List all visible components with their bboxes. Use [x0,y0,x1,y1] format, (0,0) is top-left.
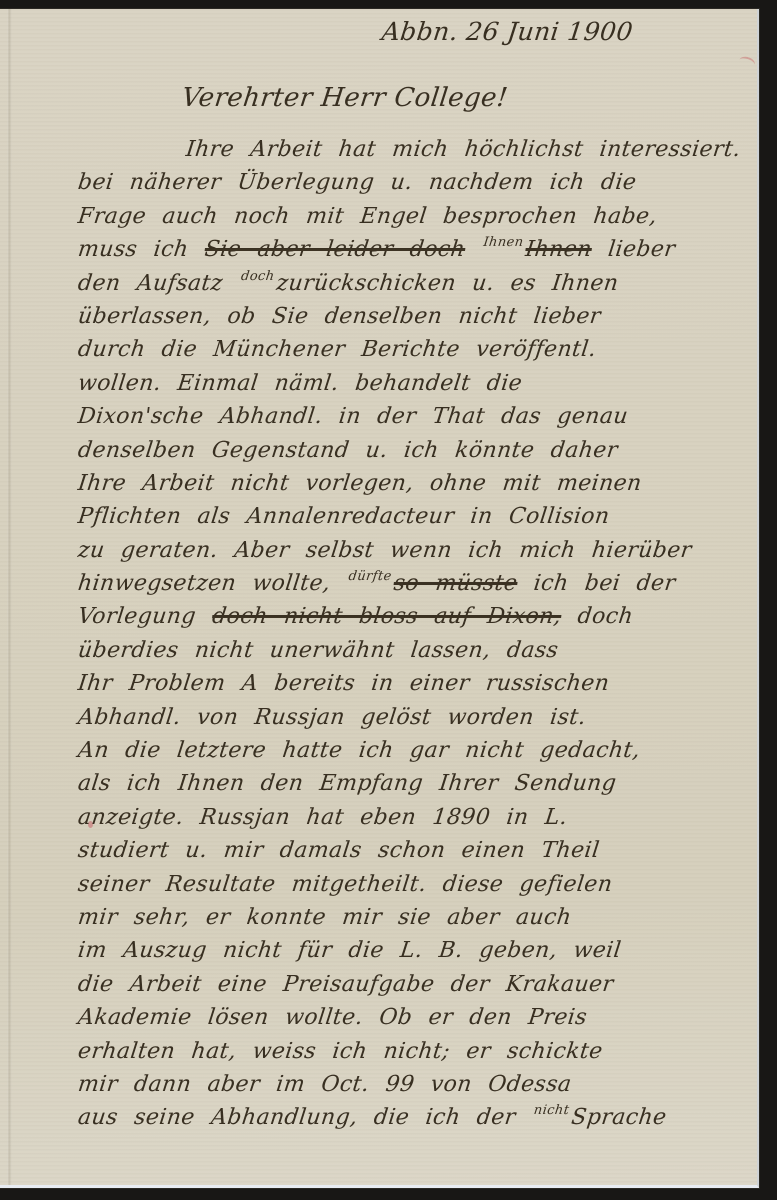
handwritten-text: im Auszug nicht für die L. B. geben, wei… [77,938,623,963]
handwritten-text: durch die Münchener Berichte veröffentl. [77,337,598,362]
handwritten-line: Dixon'sche Abhandl. in der That das gena… [76,400,743,433]
handwritten-text: die Arbeit eine Preisaufgabe der Krakaue… [77,972,615,997]
handwritten-line: hinwegsetzen wollte, dürfteso müsste ich… [76,567,743,600]
handwritten-line: An die letztere hatte ich gar nicht geda… [76,734,743,767]
handwritten-text: wollen. Einmal näml. behandelt die [77,371,524,396]
struck-text: Ihnen [524,237,593,262]
handwritten-line: Ihr Problem A bereits in einer russische… [76,667,743,700]
handwritten-text: Pflichten als Annalenredacteur in Collis… [77,504,612,529]
scan-speck [738,55,757,70]
handwritten-text: Sprache [570,1105,668,1130]
struck-text: Sie aber leider doch [203,237,466,262]
handwritten-line: erhalten hat, weiss ich nicht; er schick… [76,1035,743,1068]
handwritten-line: seiner Resultate mitgetheilt. diese gefi… [76,868,743,901]
handwritten-text: Ihre Arbeit hat mich höchlichst interess… [185,137,743,162]
handwritten-text: Frage auch noch mit Engel besprochen hab… [77,204,659,229]
handwritten-line: studiert u. mir damals schon einen Theil [76,834,743,867]
handwritten-text: als ich Ihnen den Empfang Ihrer Sendung [77,771,618,796]
handwritten-text: An die letztere hatte ich gar nicht geda… [77,738,642,763]
letter-page: Abbn. 26 Juni 1900 Verehrter Herr Colleg… [0,9,759,1188]
struck-text: doch nicht bloss auf Dixon, [211,604,563,629]
handwritten-line: durch die Münchener Berichte veröffentl. [76,333,743,366]
handwritten-line: Ihre Arbeit hat mich höchlichst interess… [76,133,743,166]
handwritten-text: denselben Gegenstand u. ich könnte daher [77,438,620,463]
inserted-text: dürfte [348,572,392,582]
handwritten-line: Pflichten als Annalenredacteur in Collis… [76,500,743,533]
handwritten-line: überlassen, ob Sie denselben nicht liebe… [76,300,743,333]
handwritten-line: Abhandl. von Russjan gelöst worden ist. [76,701,743,734]
handwritten-line: Vorlegung doch nicht bloss auf Dixon, do… [76,600,743,633]
salutation: Verehrter Herr College! [180,83,509,113]
handwritten-line: überdies nicht unerwähnt lassen, dass [76,634,743,667]
handwritten-line: zu geraten. Aber selbst wenn ich mich hi… [76,534,743,567]
handwritten-line: als ich Ihnen den Empfang Ihrer Sendung [76,767,743,800]
handwritten-text: Akademie lösen wollte. Ob er den Preis [77,1005,589,1030]
handwritten-line: im Auszug nicht für die L. B. geben, wei… [76,934,743,967]
handwritten-text: Dixon'sche Abhandl. in der That das gena… [77,404,630,429]
handwritten-text: Ihre Arbeit nicht vorlegen, ohne mit mei… [77,471,644,496]
handwritten-line: bei näherer Überlegung u. nachdem ich di… [76,166,743,199]
struck-text: so müsste [392,571,519,596]
handwritten-line: anzeigte. Russjan hat eben 1890 in L. [76,801,743,834]
handwritten-line: Akademie lösen wollte. Ob er den Preis [76,1001,743,1034]
handwritten-line: den Aufsatz dochzurückschicken u. es Ihn… [76,267,743,300]
handwritten-line: aus seine Abhandlung, die ich der nichtS… [76,1101,743,1134]
letter-body: Ihre Arbeit hat mich höchlichst interess… [76,133,739,1135]
handwritten-line: Frage auch noch mit Engel besprochen hab… [76,200,743,233]
inserted-text: doch [240,272,275,282]
handwritten-line: mir sehr, er konnte mir sie aber auch [76,901,743,934]
handwritten-text: muss ich [77,237,207,262]
handwritten-text: doch [560,604,635,629]
handwritten-text: überlassen, ob Sie denselben nicht liebe… [77,304,603,329]
handwritten-line: muss ich Sie aber leider doch IhnenIhnen… [76,233,743,266]
handwritten-text: zu geraten. Aber selbst wenn ich mich hi… [77,538,694,563]
handwritten-text [464,237,483,262]
inserted-text: Ihnen [483,238,524,248]
handwritten-text: Abhandl. von Russjan gelöst worden ist. [77,705,588,730]
handwritten-line: mir dann aber im Oct. 99 von Odessa [76,1068,743,1101]
handwritten-text: erhalten hat, weiss ich nicht; er schick… [77,1039,605,1064]
handwritten-line: Ihre Arbeit nicht vorlegen, ohne mit mei… [76,467,743,500]
handwritten-text: Ihr Problem A bereits in einer russische… [77,671,611,696]
handwritten-text: anzeigte. Russjan hat eben 1890 in L. [77,805,569,830]
handwritten-line: denselben Gegenstand u. ich könnte daher [76,434,743,467]
handwritten-text: aus seine Abhandlung, die ich der [77,1105,534,1130]
inserted-text: nicht [533,1106,570,1116]
handwritten-text: bei näherer Überlegung u. nachdem ich di… [77,170,638,195]
handwritten-text: zurückschicken u. es Ihnen [275,271,620,296]
handwritten-text: ich bei der [516,571,677,596]
handwritten-text: lieber [590,237,677,262]
handwritten-line: die Arbeit eine Preisaufgabe der Krakaue… [76,968,743,1001]
handwritten-text: Vorlegung [77,604,214,629]
handwritten-line: wollen. Einmal näml. behandelt die [76,367,743,400]
handwritten-text: hinwegsetzen wollte, [77,571,349,596]
handwritten-text: den Aufsatz [77,271,241,296]
handwritten-text: seiner Resultate mitgetheilt. diese gefi… [77,872,614,897]
date-line: Abbn. 26 Juni 1900 [380,17,634,46]
handwritten-text: überdies nicht unerwähnt lassen, dass [77,638,560,663]
handwritten-text: studiert u. mir damals schon einen Theil [77,838,601,863]
handwritten-text: mir sehr, er konnte mir sie aber auch [77,905,573,930]
handwritten-text: mir dann aber im Oct. 99 von Odessa [77,1072,573,1097]
fold-crease [7,9,12,1185]
